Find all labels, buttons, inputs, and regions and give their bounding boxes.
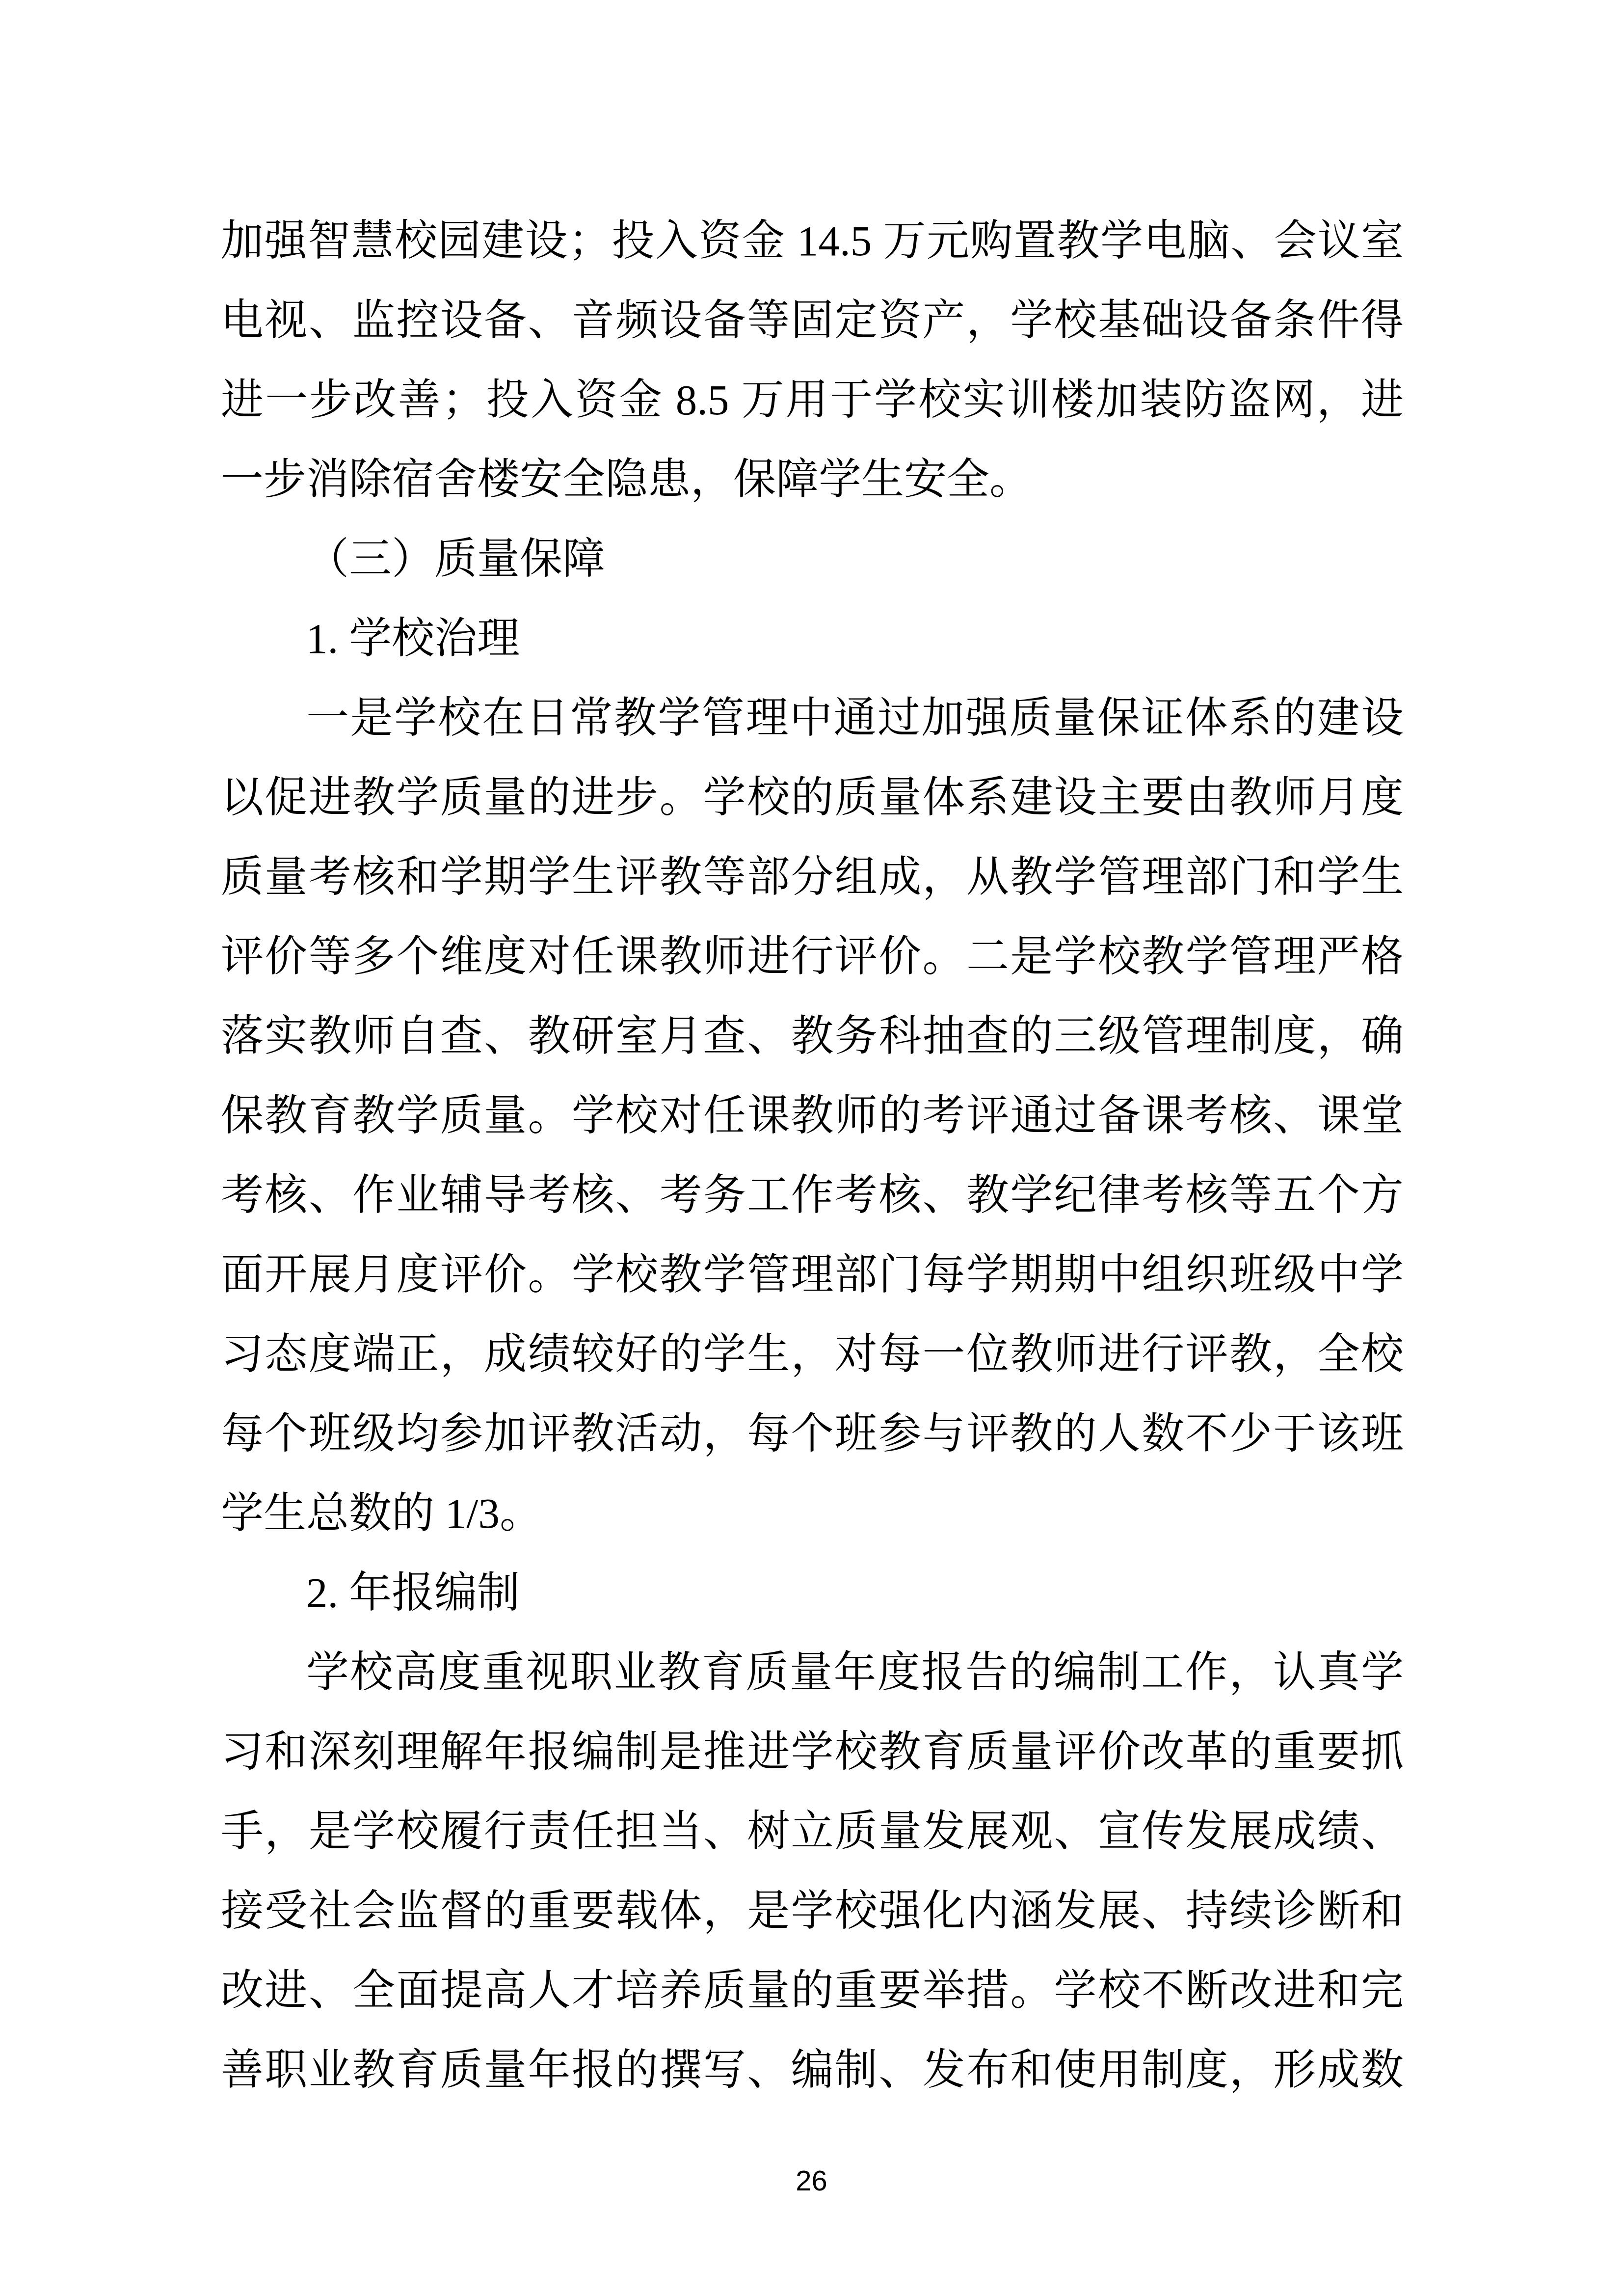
- text-line: 改进、全面提高人才培养质量的重要举措。学校不断改进和完: [221, 1951, 1404, 2030]
- text-line: 考核、作业辅导考核、考务工作考核、教学纪律考核等五个方: [221, 1156, 1404, 1235]
- subsection-heading: 1. 学校治理: [221, 599, 1404, 678]
- text-line: 善职业教育质量年报的撰写、编制、发布和使用制度，形成数: [221, 2030, 1404, 2110]
- text-line: 加强智慧校园建设；投入资金 14.5 万元购置教学电脑、会议室: [221, 201, 1404, 281]
- text-line: 习和深刻理解年报编制是推进学校教育质量评价改革的重要抓: [221, 1712, 1404, 1792]
- text-line: 保教育教学质量。学校对任课教师的考评通过备课考核、课堂: [221, 1076, 1404, 1156]
- text-line: 每个班级均参加评教活动，每个班参与评教的人数不少于该班: [221, 1394, 1404, 1474]
- document-body: 加强智慧校园建设；投入资金 14.5 万元购置教学电脑、会议室 电视、监控设备、…: [221, 201, 1404, 2110]
- text-line: 面开展月度评价。学校教学管理部门每学期期中组织班级中学: [221, 1235, 1404, 1315]
- text-line: 习态度端正，成绩较好的学生，对每一位教师进行评教，全校: [221, 1315, 1404, 1394]
- text-line: 一是学校在日常教学管理中通过加强质量保证体系的建设: [221, 678, 1404, 758]
- section-heading: （三）质量保障: [221, 519, 1404, 599]
- text-line: 一步消除宿舍楼安全隐患，保障学生安全。: [221, 440, 1404, 519]
- document-page: 加强智慧校园建设；投入资金 14.5 万元购置教学电脑、会议室 电视、监控设备、…: [0, 0, 1623, 2296]
- text-line: 评价等多个维度对任课教师进行评价。二是学校教学管理严格: [221, 917, 1404, 997]
- text-line: 落实教师自查、教研室月查、教务科抽查的三级管理制度，确: [221, 997, 1404, 1076]
- subsection-heading: 2. 年报编制: [221, 1553, 1404, 1633]
- text-line: 进一步改善；投入资金 8.5 万用于学校实训楼加装防盗网，进: [221, 360, 1404, 440]
- text-line: 手，是学校履行责任担当、树立质量发展观、宣传发展成绩、: [221, 1792, 1404, 1871]
- text-line: 电视、监控设备、音频设备等固定资产，学校基础设备条件得: [221, 281, 1404, 360]
- text-line: 接受社会监督的重要载体，是学校强化内涵发展、持续诊断和: [221, 1871, 1404, 1951]
- text-line: 学校高度重视职业教育质量年度报告的编制工作，认真学: [221, 1633, 1404, 1712]
- text-line: 以促进教学质量的进步。学校的质量体系建设主要由教师月度: [221, 758, 1404, 837]
- text-line: 学生总数的 1/3。: [221, 1474, 1404, 1553]
- text-line: 质量考核和学期学生评教等部分组成，从教学管理部门和学生: [221, 837, 1404, 917]
- page-number: 26: [0, 2164, 1623, 2198]
